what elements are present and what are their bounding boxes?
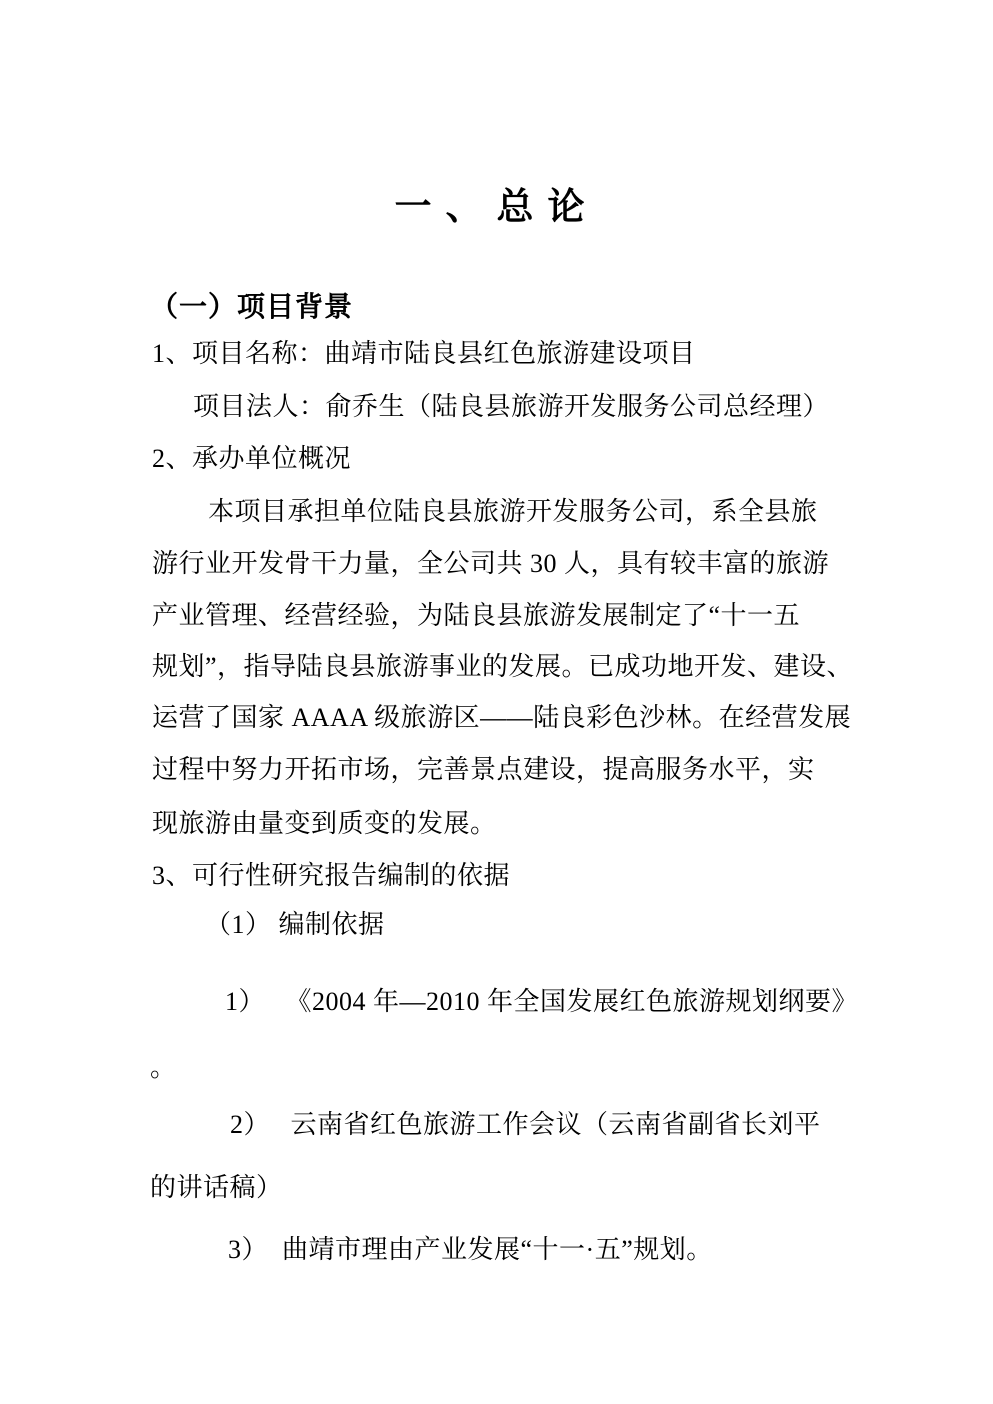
- document-page: 一、总论 （一）项目背景 1、项目名称：曲靖市陆良县红色旅游建设项目 项目法人：…: [0, 0, 993, 1404]
- doc-line: 2、承办单位概况: [152, 445, 351, 474]
- doc-line: 1） 《2004 年—2010 年全国发展红色旅游规划纲要》: [225, 988, 858, 1017]
- doc-line: 。: [150, 1054, 177, 1083]
- doc-line: 过程中努力开拓市场，完善景点建设，提高服务水平，实: [152, 756, 815, 785]
- doc-line: 运营了国家 AAAA 级旅游区——陆良彩色沙林。在经营发展: [152, 704, 851, 733]
- doc-line: 现旅游由量变到质变的发展。: [152, 810, 497, 839]
- doc-line: 项目法人：俞乔生（陆良县旅游开发服务公司总经理）: [193, 393, 829, 422]
- section-heading: （一）项目背景: [150, 285, 353, 325]
- doc-line: 3、可行性研究报告编制的依据: [152, 862, 510, 891]
- doc-line: 3） 曲靖市理由产业发展“十一·五”规划。: [228, 1236, 713, 1265]
- doc-line: 规划”，指导陆良县旅游事业的发展。已成功地开发、建设、: [152, 653, 853, 682]
- document-title: 一、总论: [0, 176, 993, 230]
- doc-line: 1、项目名称：曲靖市陆良县红色旅游建设项目: [152, 340, 696, 369]
- doc-line: 2） 云南省红色旅游工作会议（云南省副省长刘平: [230, 1111, 821, 1140]
- doc-line: 的讲话稿）: [150, 1174, 283, 1203]
- doc-line: （1） 编制依据: [205, 911, 385, 940]
- doc-line: 游行业开发骨干力量，全公司共 30 人，具有较丰富的旅游: [152, 550, 829, 579]
- doc-line: 本项目承担单位陆良县旅游开发服务公司，系全县旅: [208, 498, 818, 527]
- doc-line: 产业管理、经营经验，为陆良县旅游发展制定了“十一五: [152, 602, 800, 631]
